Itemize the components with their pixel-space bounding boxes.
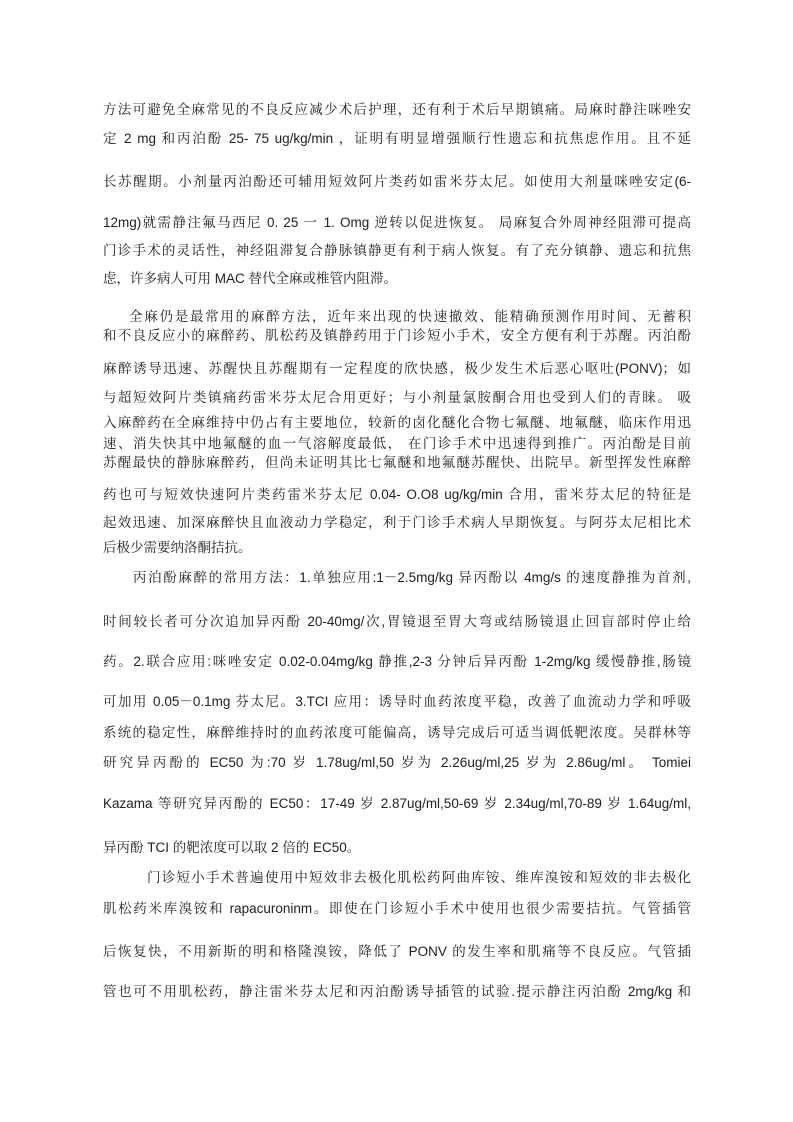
text-line: 和不良反应小的麻醉药、肌松药及镇静药用于门诊短小手术，安全方便有利于苏醒。丙泊酚 xyxy=(103,326,691,346)
text-line: 长苏醒期。小剂量丙泊酚还可辅用短效阿片类药如雷米芬太尼。如使用大剂量咪唑安定(6… xyxy=(103,172,691,192)
text-line: 全麻仍是最常用的麻醉方法，近年来出现的快速撤效、能精确预测作用时间、无蓄积 xyxy=(103,307,691,327)
text-line: 后恢复快，不用新斯的明和格隆溴铵，降低了 PONV 的发生率和肌痛等不良反应。气… xyxy=(103,942,691,962)
text-line: 肌松药米库溴铵和 rapacuroninm。即使在门诊短小手术中使用也很少需要拮… xyxy=(103,899,691,919)
text-line: 系统的稳定性，麻醉维持时的血药浓度可能偏高，诱导完成后可适当调低靶浓度。吴群林等 xyxy=(103,723,691,743)
text-line: 与超短效阿片类镇痛药雷米芬太尼合用更好；与小剂量氯胺酮合用也受到人们的青睐。 吸 xyxy=(103,388,691,408)
text-line: 苏醒最快的静脉麻醉药，但尚未证明其比七氟醚和地氟醚苏醒快、出院早。新型挥发性麻醉 xyxy=(103,453,691,473)
text-line: Kazama 等研究异丙酚的 EC50：17-49 岁 2.87ug/ml,50… xyxy=(103,794,691,814)
text-line: 异丙酚 TCI 的靶浓度可以取 2 倍的 EC50。 xyxy=(103,838,691,858)
text-line: 麻醉诱导迅速、苏醒快且苏醒期有一定程度的欣快感，极少发生术后恶心呕吐(PONV)… xyxy=(103,359,691,379)
text-line: 门诊手术的灵话性，神经阻滞复合静脉镇静更有利于病人恢复。有了充分镇静、遗忘和抗焦 xyxy=(103,241,691,261)
text-line: 门诊短小手术普遍使用中短效非去极化肌松药阿曲库铵、维库溴铵和短效的非去极化 xyxy=(103,868,691,888)
text-line: 药。2.联合应用:咪唑安定 0.02-0.04mg/kg 静推,2-3 分钟后异… xyxy=(103,652,691,672)
text-line: 入麻醉药在全麻维持中仍占有主要地位，较新的卤化醚化合物七氟醚、地氟醚，临床作用迅 xyxy=(103,413,691,433)
text-line: 12mg)就需静注氟马西尼 0. 25 一 1. Omg 逆转以促进恢复。 局麻… xyxy=(103,213,691,233)
text-line: 可加用 0.05－0.1mg 芬太尼。3.TCI 应用：诱导时血药浓度平稳，改善… xyxy=(103,692,691,712)
text-line: 时间较长者可分次追加异丙酚 20-40mg/次,胃镜退至胃大弯或结肠镜退止回盲部… xyxy=(103,612,691,632)
text-line: 药也可与短效快速阿片类药雷米芬太尼 0.04- O.O8 ug/kg/min 合… xyxy=(103,485,691,505)
text-line: 管也可不用肌松药，静注雷米芬太尼和丙泊酚诱导插管的试验.提示静注丙泊酚 2mg/… xyxy=(103,982,691,1002)
text-line: 研究异丙酚的 EC50 为:70 岁 1.78ug/ml,50 岁为 2.26u… xyxy=(103,753,691,773)
text-line: 定 2 mg 和丙泊酚 25- 75 ug/kg/min ，证明有明显增强顺行性… xyxy=(103,129,691,149)
text-line: 速、消失快其中地氟醚的血一气溶解度最低， 在门诊手术中迅速得到推广。丙泊酚是目前 xyxy=(103,434,691,454)
document-page: 方法可避免全麻常见的不良反应减少术后护理，还有利于术后早期镇痛。局麻时静注咪唑安… xyxy=(0,0,793,1122)
text-line: 虑，许多病人可用 MAC 替代全麻或椎管内阻滞。 xyxy=(103,269,691,289)
text-line: 方法可避免全麻常见的不良反应减少术后护理，还有利于术后早期镇痛。局麻时静注咪唑安 xyxy=(103,100,691,120)
text-line: 丙泊酚麻醉的常用方法：1.单独应用:1－2.5mg/kg 异丙酚以 4mg/s … xyxy=(103,568,691,588)
text-line: 后极少需要纳洛酮拮抗。 xyxy=(103,538,691,558)
text-line: 起效迅速、加深麻醉快且血液动力学稳定，利于门诊手术病人早期恢复。与阿芬太尼相比术 xyxy=(103,513,691,533)
